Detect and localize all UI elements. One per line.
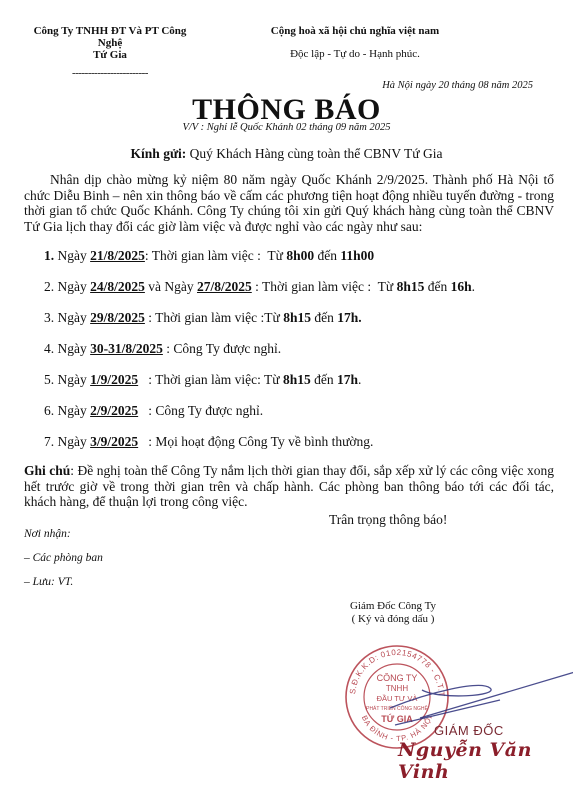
signer-role: GIÁM ĐỐC: [434, 723, 504, 738]
item-prefix: Ngày: [54, 248, 90, 263]
item-text: : Công Ty được nghỉ.: [163, 341, 281, 356]
item-text: : Mọi hoạt động Công Ty về bình thường.: [138, 434, 373, 449]
item-number: 7.: [44, 434, 54, 449]
recipients-label: Nơi nhận:: [24, 528, 103, 552]
item-date: 3/9/2025: [90, 434, 138, 449]
item-prefix: Ngày: [54, 434, 90, 449]
recipient-item: – Lưu: VT.: [24, 576, 103, 600]
schedule-item: 3. Ngày 29/8/2025 : Thời gian làm việc :…: [44, 310, 544, 341]
item-start-time: 8h15: [397, 279, 425, 294]
item-prefix: Ngày: [54, 403, 90, 418]
item-number: 2.: [44, 279, 54, 294]
note-paragraph: Ghi chú: Đề nghị toàn thể Công Ty nắm lị…: [24, 463, 554, 510]
item-number: 6.: [44, 403, 54, 418]
signature-scribble-icon: [350, 670, 573, 730]
note-text: : Đề nghị toàn thể Công Ty nắm lịch thời…: [24, 463, 554, 509]
signer-name: Nguyễn Văn Vinh: [398, 739, 573, 783]
item-text: : Thời gian làm việc : Từ: [145, 248, 286, 263]
signer-title: Giám Đốc Công Ty: [328, 600, 458, 613]
closing-text: Trân trọng thông báo!: [329, 512, 447, 528]
item-end-time: 11h00: [340, 248, 374, 263]
greeting: Kính gửi: Quý Khách Hàng cùng toàn thể C…: [0, 146, 573, 162]
company-header: Công Ty TNHH ĐT Và PT Công Nghệ Tứ Gia -…: [20, 25, 200, 79]
company-name-line1: Công Ty TNHH ĐT Và PT Công Nghệ: [20, 25, 200, 49]
schedule-item: 5. Ngày 1/9/2025 : Thời gian làm việc: T…: [44, 372, 544, 403]
item-text: : Thời gian làm việc :Từ: [145, 310, 283, 325]
item-text: : Thời gian làm việc: Từ: [138, 372, 283, 387]
greeting-label: Kính gửi:: [131, 146, 187, 161]
schedule-item: 2. Ngày 24/8/2025 và Ngày 27/8/2025 : Th…: [44, 279, 544, 310]
item-start-time: 8h00: [286, 248, 314, 263]
note-label: Ghi chú: [24, 463, 70, 478]
schedule-item: 7. Ngày 3/9/2025 : Mọi hoạt động Công Ty…: [44, 434, 544, 465]
item-date: 24/8/2025: [90, 279, 145, 294]
item-date: 2/9/2025: [90, 403, 138, 418]
item-separator: đến: [311, 310, 337, 325]
item-number: 5.: [44, 372, 54, 387]
item-text: : Công Ty được nghỉ.: [138, 403, 263, 418]
item-date-2: 27/8/2025: [197, 279, 252, 294]
company-separator: ------------------------: [20, 67, 200, 79]
item-prefix: Ngày: [54, 310, 90, 325]
item-text: và Ngày: [145, 279, 197, 294]
intro-paragraph: Nhân dịp chào mừng kỷ niệm 80 năm ngày Q…: [24, 172, 554, 234]
item-end-time: 17h.: [337, 310, 361, 325]
schedule-list: 1. Ngày 21/8/2025: Thời gian làm việc : …: [44, 248, 544, 465]
item-start-time: 8h15: [283, 372, 311, 387]
item-end-time: 16h: [451, 279, 472, 294]
item-end: .: [472, 279, 475, 294]
item-date: 1/9/2025: [90, 372, 138, 387]
signer-note: ( Ký và đóng dấu ): [328, 613, 458, 626]
document-subject: V/V : Nghỉ lễ Quốc Khánh 02 tháng 09 năm…: [0, 122, 573, 133]
item-number: 1.: [44, 248, 54, 263]
item-number: 3.: [44, 310, 54, 325]
national-header: Cộng hoà xã hội chủ nghĩa việt nam Độc l…: [245, 25, 465, 60]
item-end: .: [358, 372, 361, 387]
item-number: 4.: [44, 341, 54, 356]
greeting-text: Quý Khách Hàng cùng toàn thể CBNV Tứ Gia: [186, 146, 442, 161]
item-date: 21/8/2025: [90, 248, 145, 263]
item-date: 29/8/2025: [90, 310, 145, 325]
item-separator: đến: [314, 248, 340, 263]
item-date: 30-31/8/2025: [90, 341, 163, 356]
recipient-item: – Các phòng ban: [24, 552, 103, 576]
recipients: Nơi nhận: – Các phòng ban – Lưu: VT.: [24, 528, 103, 600]
item-separator: đến: [424, 279, 450, 294]
item-prefix: Ngày: [54, 279, 90, 294]
item-text-2: : Thời gian làm việc : Từ: [252, 279, 397, 294]
nation-title: Cộng hoà xã hội chủ nghĩa việt nam: [245, 25, 465, 37]
signature-block: Giám Đốc Công Ty ( Ký và đóng dấu ): [328, 600, 458, 626]
item-separator: đến: [311, 372, 337, 387]
date-line: Hà Nội ngày 20 tháng 08 năm 2025: [382, 80, 533, 91]
item-end-time: 17h: [337, 372, 358, 387]
item-prefix: Ngày: [54, 372, 90, 387]
company-name-line2: Tứ Gia: [20, 49, 200, 61]
schedule-item: 1. Ngày 21/8/2025: Thời gian làm việc : …: [44, 248, 544, 279]
nation-motto: Độc lập - Tự do - Hạnh phúc.: [245, 48, 465, 60]
intro-text: Nhân dịp chào mừng kỷ niệm 80 năm ngày Q…: [24, 172, 554, 234]
item-start-time: 8h15: [283, 310, 311, 325]
item-prefix: Ngày: [54, 341, 90, 356]
schedule-item: 4. Ngày 30-31/8/2025 : Công Ty được nghỉ…: [44, 341, 544, 372]
schedule-item: 6. Ngày 2/9/2025 : Công Ty được nghỉ.: [44, 403, 544, 434]
